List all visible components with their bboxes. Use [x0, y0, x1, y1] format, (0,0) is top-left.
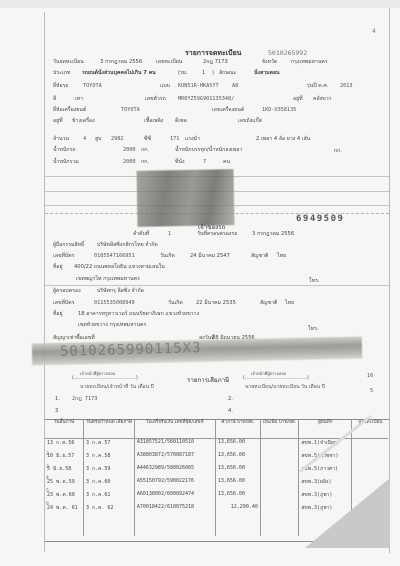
gross-unit: กก.	[141, 160, 149, 165]
chassis-number: MR0YZ59G901135348/	[178, 97, 234, 102]
margin-number-16: 16	[367, 373, 373, 379]
plate-index-3: 3	[55, 409, 58, 414]
plate-index-2: 2.	[228, 397, 233, 402]
rt-close: )	[212, 71, 214, 76]
row-number: 3	[46, 465, 49, 470]
tax-section-title: รายการเสียภาษี	[187, 375, 229, 385]
holder-name: บริษัทกรุ ลีสซิ่ง จำกัด	[97, 289, 144, 294]
col-tax: ค่าภาษี บาท/สต.	[215, 419, 260, 439]
axles: 2 เพลา 4 ล้อ ยาง 4 เส้น	[256, 137, 310, 142]
table-row: 5 มิ.ย.58 3 ก.ค.59 A44632989/580026065 1…	[45, 465, 388, 478]
gas-tank-label: เลขถังแก๊ส	[238, 119, 262, 124]
order-number: 1	[168, 232, 171, 237]
left-signature-caption: นายทะเบียน/เจ้าหน้าที่ วัน เดือน ปี	[80, 383, 154, 391]
engine-cc: 2982	[111, 137, 124, 142]
row-number: 6	[46, 502, 49, 507]
registrar	[352, 465, 389, 478]
province: กรุงเทพมหานคร	[291, 60, 328, 65]
owner-tel-label: โทร.	[309, 279, 320, 284]
extra-amount	[260, 504, 298, 536]
receipt: A60138002/600092474	[134, 491, 215, 504]
paid-date: 5 มิ.ย.58	[45, 465, 84, 478]
paid-date: 25 พ.ค.59	[45, 478, 84, 491]
engine-number: 1KD-U358135	[262, 108, 296, 113]
weight-unit: กก.	[141, 148, 149, 153]
reg-date-label: วันจดทะเบียน	[53, 60, 84, 65]
row-number: 4	[46, 476, 49, 481]
owner-dob: 24 มีนาคม 2547	[190, 254, 230, 259]
model-year: 2013	[340, 84, 353, 89]
hp-unit: แรงม้า	[185, 137, 200, 142]
cc-unit: ซีซี	[144, 137, 151, 142]
page-number: 4	[372, 28, 376, 35]
engine-brand: TOYOTA	[121, 108, 140, 113]
type-label: ประเภท	[53, 71, 70, 76]
color: เทา	[75, 97, 83, 102]
left-signature-role: เจ้าหน้าที่ผู้ตรวจสอบ	[80, 370, 115, 377]
due-date: 3 ก.ค.60	[84, 478, 135, 491]
load-label: น้ำหนักบรรทุก/น้ำหนักลงเพลา	[175, 148, 242, 153]
redacted-photo-area	[137, 169, 235, 227]
plate-index-1: 1.	[55, 397, 60, 402]
holder-address-line2: เขตห้วยขวาง กรุงเทพมหานคร	[78, 323, 146, 328]
due-date: 3 ก.ค. 62	[84, 504, 135, 536]
paid-date: 10 มิ.ย.57	[45, 452, 84, 465]
holder-nationality: ไทย	[285, 301, 294, 306]
cylinders-label: จำนวน	[53, 137, 69, 142]
receipt: A44632989/580026065	[134, 465, 215, 478]
province-label: จังหวัด	[262, 60, 277, 65]
weight-label: น้ำหนักรถ	[53, 148, 76, 153]
possession-date-label: วันที่ครอบครองรถ	[197, 232, 237, 237]
rt-value: 1	[202, 71, 205, 76]
owner-name: บริษัทลีสซิ่งกสิกรไทย จำกัด	[97, 243, 158, 248]
col-paid-date: วันสิ้นภาษี	[45, 419, 84, 439]
weight: 2000	[123, 148, 136, 153]
owner-nationality: ไทย	[277, 254, 286, 259]
due-date: 3 ก.ค.58	[84, 452, 135, 465]
load-unit: กก.	[334, 149, 342, 154]
owner-address-label: ที่อยู่	[53, 265, 63, 270]
folded-corner-shadow	[305, 478, 390, 548]
table-row: 10 มิ.ย.57 3 ก.ค.58 A38803872/570087187 …	[45, 452, 388, 465]
extra-amount	[260, 478, 298, 491]
brand: TOYOTA	[83, 84, 102, 89]
fuel-label: เชื้อเพลิง	[144, 119, 163, 124]
rt-label: (รย.	[178, 71, 188, 76]
model-label: แบบ	[160, 84, 170, 89]
paid-date: 24 พ.ค. 61	[45, 504, 84, 536]
table-header-row: วันสิ้นภาษี วันครบกำหนด เสียภาษี ใบเสร็จ…	[45, 419, 388, 439]
order-label: ลำดับที่	[133, 232, 149, 237]
color-label: สี	[53, 97, 56, 102]
owner-address-line2: เขตพญาไท กรุงเทพมหานคร	[76, 277, 140, 282]
brand-label: ยี่ห้อรถ	[53, 84, 69, 89]
tax-amount: 13,656.00	[215, 465, 260, 478]
extra-amount	[260, 465, 298, 478]
horsepower: 171	[170, 137, 179, 142]
engine-pos-label: อยู่ที่	[53, 119, 63, 124]
right-signature-role: เจ้าหน้าที่ผู้ตรวจสอบ	[251, 370, 286, 377]
holder-nationality-label: สัญชาติ	[260, 301, 277, 306]
tax-amount: 13,656.00	[215, 491, 260, 504]
stamp-number: 6949509	[296, 214, 344, 224]
paid-date: 23 พ.ค.60	[45, 491, 84, 504]
extra-amount	[260, 491, 298, 504]
due-date: 3 ก.ค.61	[84, 491, 135, 504]
model-suffix: A8	[232, 84, 238, 89]
due-date: 3 ก.ค.59	[84, 465, 135, 478]
receipt: A70018422/610075218	[134, 504, 215, 536]
seats-unit: คน	[223, 160, 230, 165]
col-due-date: วันครบกำหนด เสียภาษี	[84, 419, 135, 439]
holder-id: 0115535008949	[94, 301, 135, 306]
row-number: 5	[46, 489, 49, 494]
holder-id-label: เลขที่บัตร	[53, 301, 74, 306]
receipt: A55150792/590022176	[134, 478, 215, 491]
extra-amount	[260, 452, 298, 465]
tax-amount: 13,656.00	[215, 478, 260, 491]
right-signature-caption: นายทะเบียน/นายทะเบียน วัน เดือน ปี	[245, 383, 325, 391]
holder-address-line1: 18 อาคารทรูทาวเวอร์ ถนนรัชดาภิเษก แขวงห้…	[78, 312, 199, 317]
cylinders-unit: สูบ	[95, 137, 101, 142]
owner-id: 0105547166951	[94, 254, 135, 259]
document-title: รายการจดทะเบียน	[185, 48, 241, 59]
holder-dob-label: วันเกิด	[168, 301, 183, 306]
registration-document-page: 4 รายการจดทะเบียน 5010265992 วันจดทะเบีย…	[0, 0, 400, 566]
plate-index-4: 4.	[228, 409, 233, 414]
divider	[45, 285, 389, 286]
cylinders: 4	[83, 137, 86, 142]
paid-date: 13 ก.ค.56	[45, 439, 84, 453]
seats: 7	[203, 160, 206, 165]
due-date: 3 ก.ค.57	[84, 439, 135, 453]
plate-number: 2กฎ 7173	[203, 60, 228, 65]
fuel: ดีเซล	[175, 119, 187, 124]
owner-address-line1: 400/22 ถนนพหลโยธิน แขวงสามเสนใน	[74, 265, 165, 270]
engine-position: ข้างเครื่อง	[72, 119, 95, 124]
owner-dob-label: วันเกิด	[160, 254, 175, 259]
gross-weight: 2000	[123, 160, 136, 165]
chassis-position: คลังขวา	[313, 97, 332, 102]
gross-label: น้ำหนักรวม	[53, 160, 79, 165]
scan-top-edge	[0, 0, 400, 8]
plate-1: 2กฎ 7173	[72, 397, 97, 402]
owner-label: ผู้ถือกรรมสิทธิ์	[53, 243, 84, 248]
model: KUN51R-HKASYT	[178, 84, 219, 89]
contract-label: สัญญาเช่าซื้อเลขที่	[53, 336, 95, 341]
margin-number-5: 5	[370, 388, 373, 394]
tax-amount: 12,290.40	[215, 504, 260, 536]
registrar	[352, 439, 389, 453]
receipt: A38803872/570087187	[134, 452, 215, 465]
owner-id-label: เลขที่บัตร	[53, 254, 74, 259]
document-number: 5010265992	[268, 49, 307, 57]
engine-no-label: เลขเครื่องยนต์	[212, 108, 244, 113]
chassis-pos-label: อยู่ที่	[293, 97, 303, 102]
col-receipt: ใบเสร็จรับเงิน เลขที่ชุด/เลขที่	[134, 419, 215, 439]
possession-date: 3 กรกฎาคม 2556	[252, 232, 294, 237]
tax-amount: 13,656.00	[215, 452, 260, 465]
receipt: A31857521/560110510	[134, 439, 215, 453]
reg-date: 3 กรกฎาคม 2556	[100, 60, 142, 65]
holder-tel-label: โทร.	[308, 327, 319, 332]
year-label: รุ่นปี ค.ศ.	[307, 84, 328, 89]
engine-brand-label: ยี่ห้อเครื่องยนต์	[53, 108, 86, 113]
owner-nationality-label: สัญชาติ	[251, 254, 268, 259]
extra-amount	[260, 439, 298, 453]
row-number: 2	[46, 452, 49, 457]
seats-label: ที่นั่ง	[175, 160, 185, 165]
plate-label: เลขทะเบียน	[156, 60, 182, 65]
vehicle-style: นั่งสามตอน	[254, 71, 280, 76]
registrar	[352, 452, 389, 465]
vehicle-type: รถยนต์นั่งส่วนบุคคลไม่เกิน 7 คน	[82, 71, 156, 76]
chassis-label: เลขตัวรถ	[145, 97, 166, 102]
holder-label: ผู้ครอบครอง	[53, 289, 81, 294]
holder-dob: 22 มีนาคม 2535	[196, 301, 236, 306]
tax-amount: 13,656.00	[215, 439, 260, 453]
right-margin-rule	[389, 8, 390, 553]
holder-address-label: ที่อยู่	[53, 312, 63, 317]
style-label: ลักษณะ	[219, 71, 236, 76]
col-registrar: นายทะเบียน	[352, 419, 389, 439]
col-extra: เงินเพิ่ม บาท/สต.	[260, 419, 298, 439]
